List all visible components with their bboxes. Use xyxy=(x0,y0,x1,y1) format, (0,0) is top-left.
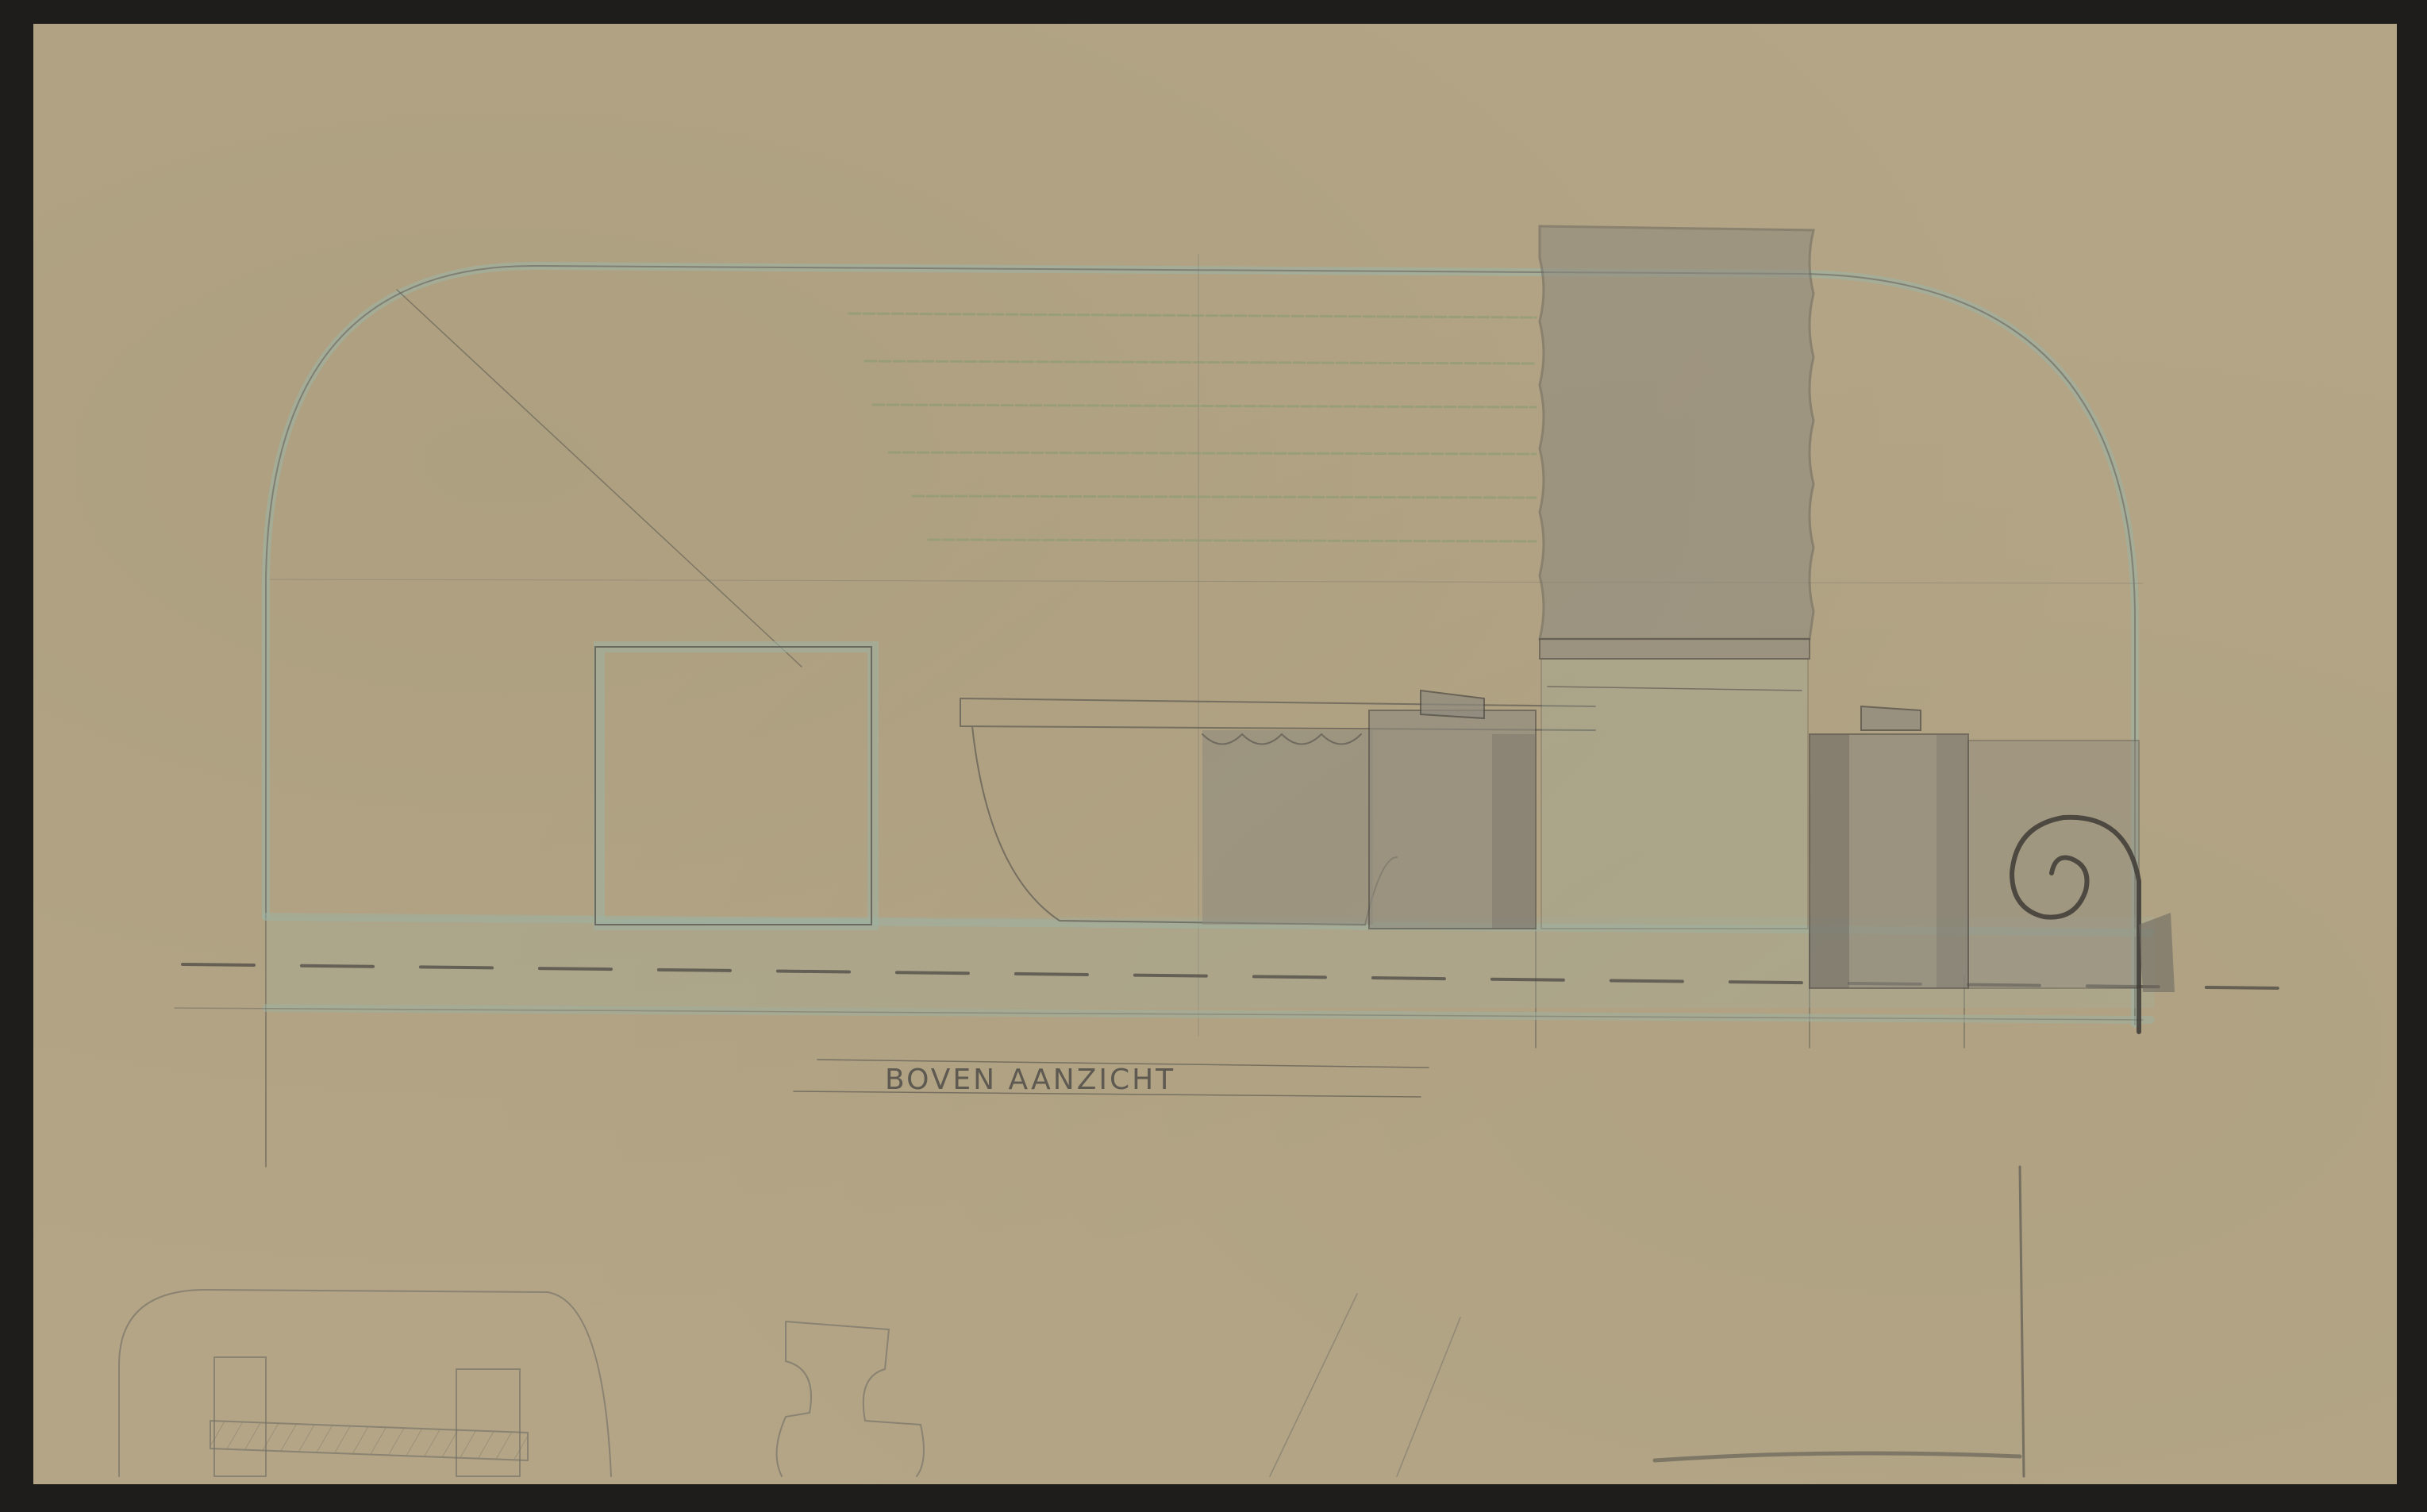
elevation-drawing xyxy=(0,0,2427,1512)
left-square-outline xyxy=(599,647,873,925)
vase-sketch xyxy=(777,1322,924,1476)
tall-tinted-panel xyxy=(1540,226,1814,639)
central-lower-box xyxy=(1541,659,1808,929)
shaded-block xyxy=(1202,730,1373,925)
drawing-caption: BOVEN AANZICHT xyxy=(885,1064,1175,1096)
